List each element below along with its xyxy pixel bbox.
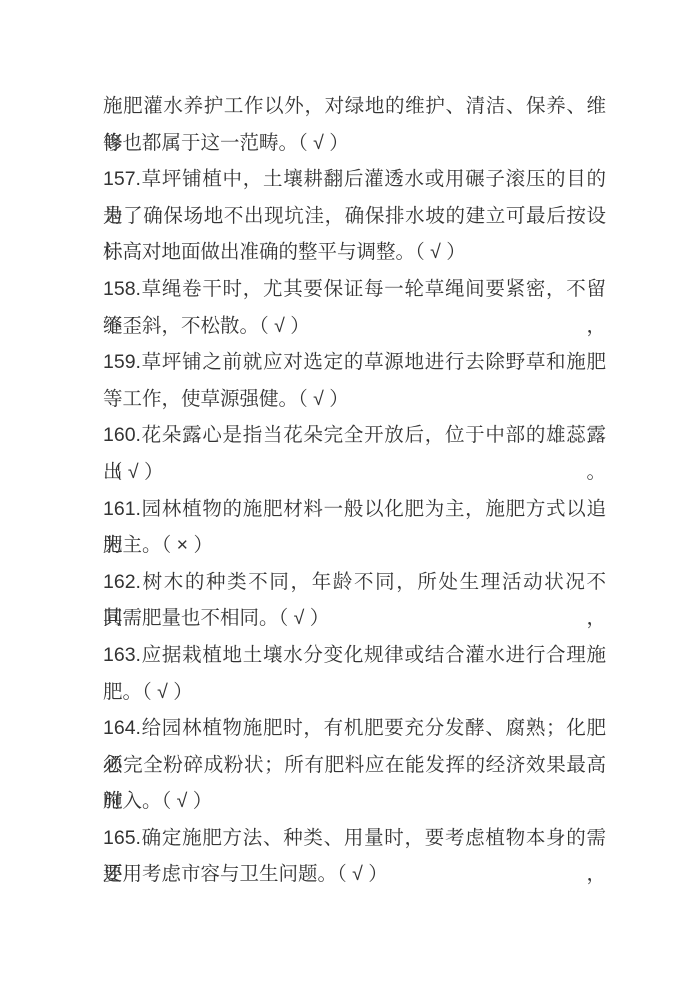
- text-line: 163.应据栽植地土壤水分变化规律或结合灌水进行合理施: [103, 637, 606, 674]
- text-line: 157.草坪铺植中，土壤耕翻后灌透水或用碾子滚压的目的是: [103, 161, 606, 198]
- text-line: 等也都属于这一范畴。（ √ ）: [103, 125, 606, 162]
- question-text-block: 施肥灌水养护工作以外，对绿地的维护、清洁、保养、维修 等也都属于这一范畴。（ √…: [103, 88, 606, 893]
- text-line: 施入。（ √ ）: [103, 783, 606, 820]
- text-line: 164.给园林植物施肥时，有机肥要充分发酵、腐熟；化肥必: [103, 710, 606, 747]
- text-line: 须完全粉碎成粉状；所有肥料应在能发挥的经济效果最高时: [103, 747, 606, 784]
- text-line: 159.草坪铺之前就应对选定的草源地进行去除野草和施肥: [103, 344, 606, 381]
- text-line: 158.草绳卷干时，尤其要保证每一轮草绳间要紧密，不留缝，: [103, 271, 606, 308]
- document-page: 施肥灌水养护工作以外，对绿地的维护、清洁、保养、维修 等也都属于这一范畴。（ √…: [0, 0, 700, 991]
- text-line: 肥。（ √ ）: [103, 674, 606, 711]
- text-line: 161.园林植物的施肥材料一般以化肥为主，施肥方式以追肥: [103, 491, 606, 528]
- text-line: 标高对地面做出准确的整平与调整。（ √ ）: [103, 234, 606, 271]
- text-line: 为了确保场地不出现坑洼，确保排水坡的建立可最后按设计: [103, 198, 606, 235]
- text-line: 160.花朵露心是指当花朵完全开放后，位于中部的雄蕊露出。: [103, 417, 606, 454]
- text-line: 等工作，使草源强健。（ √ ）: [103, 381, 606, 418]
- text-line: 165.确定施肥方法、种类、用量时，要考虑植物本身的需要，: [103, 820, 606, 857]
- text-line: 162.树木的种类不同，年龄不同，所处生理活动状况不同，: [103, 564, 606, 601]
- text-line: 为主。（ × ）: [103, 527, 606, 564]
- text-line: 施肥灌水养护工作以外，对绿地的维护、清洁、保养、维修: [103, 88, 606, 125]
